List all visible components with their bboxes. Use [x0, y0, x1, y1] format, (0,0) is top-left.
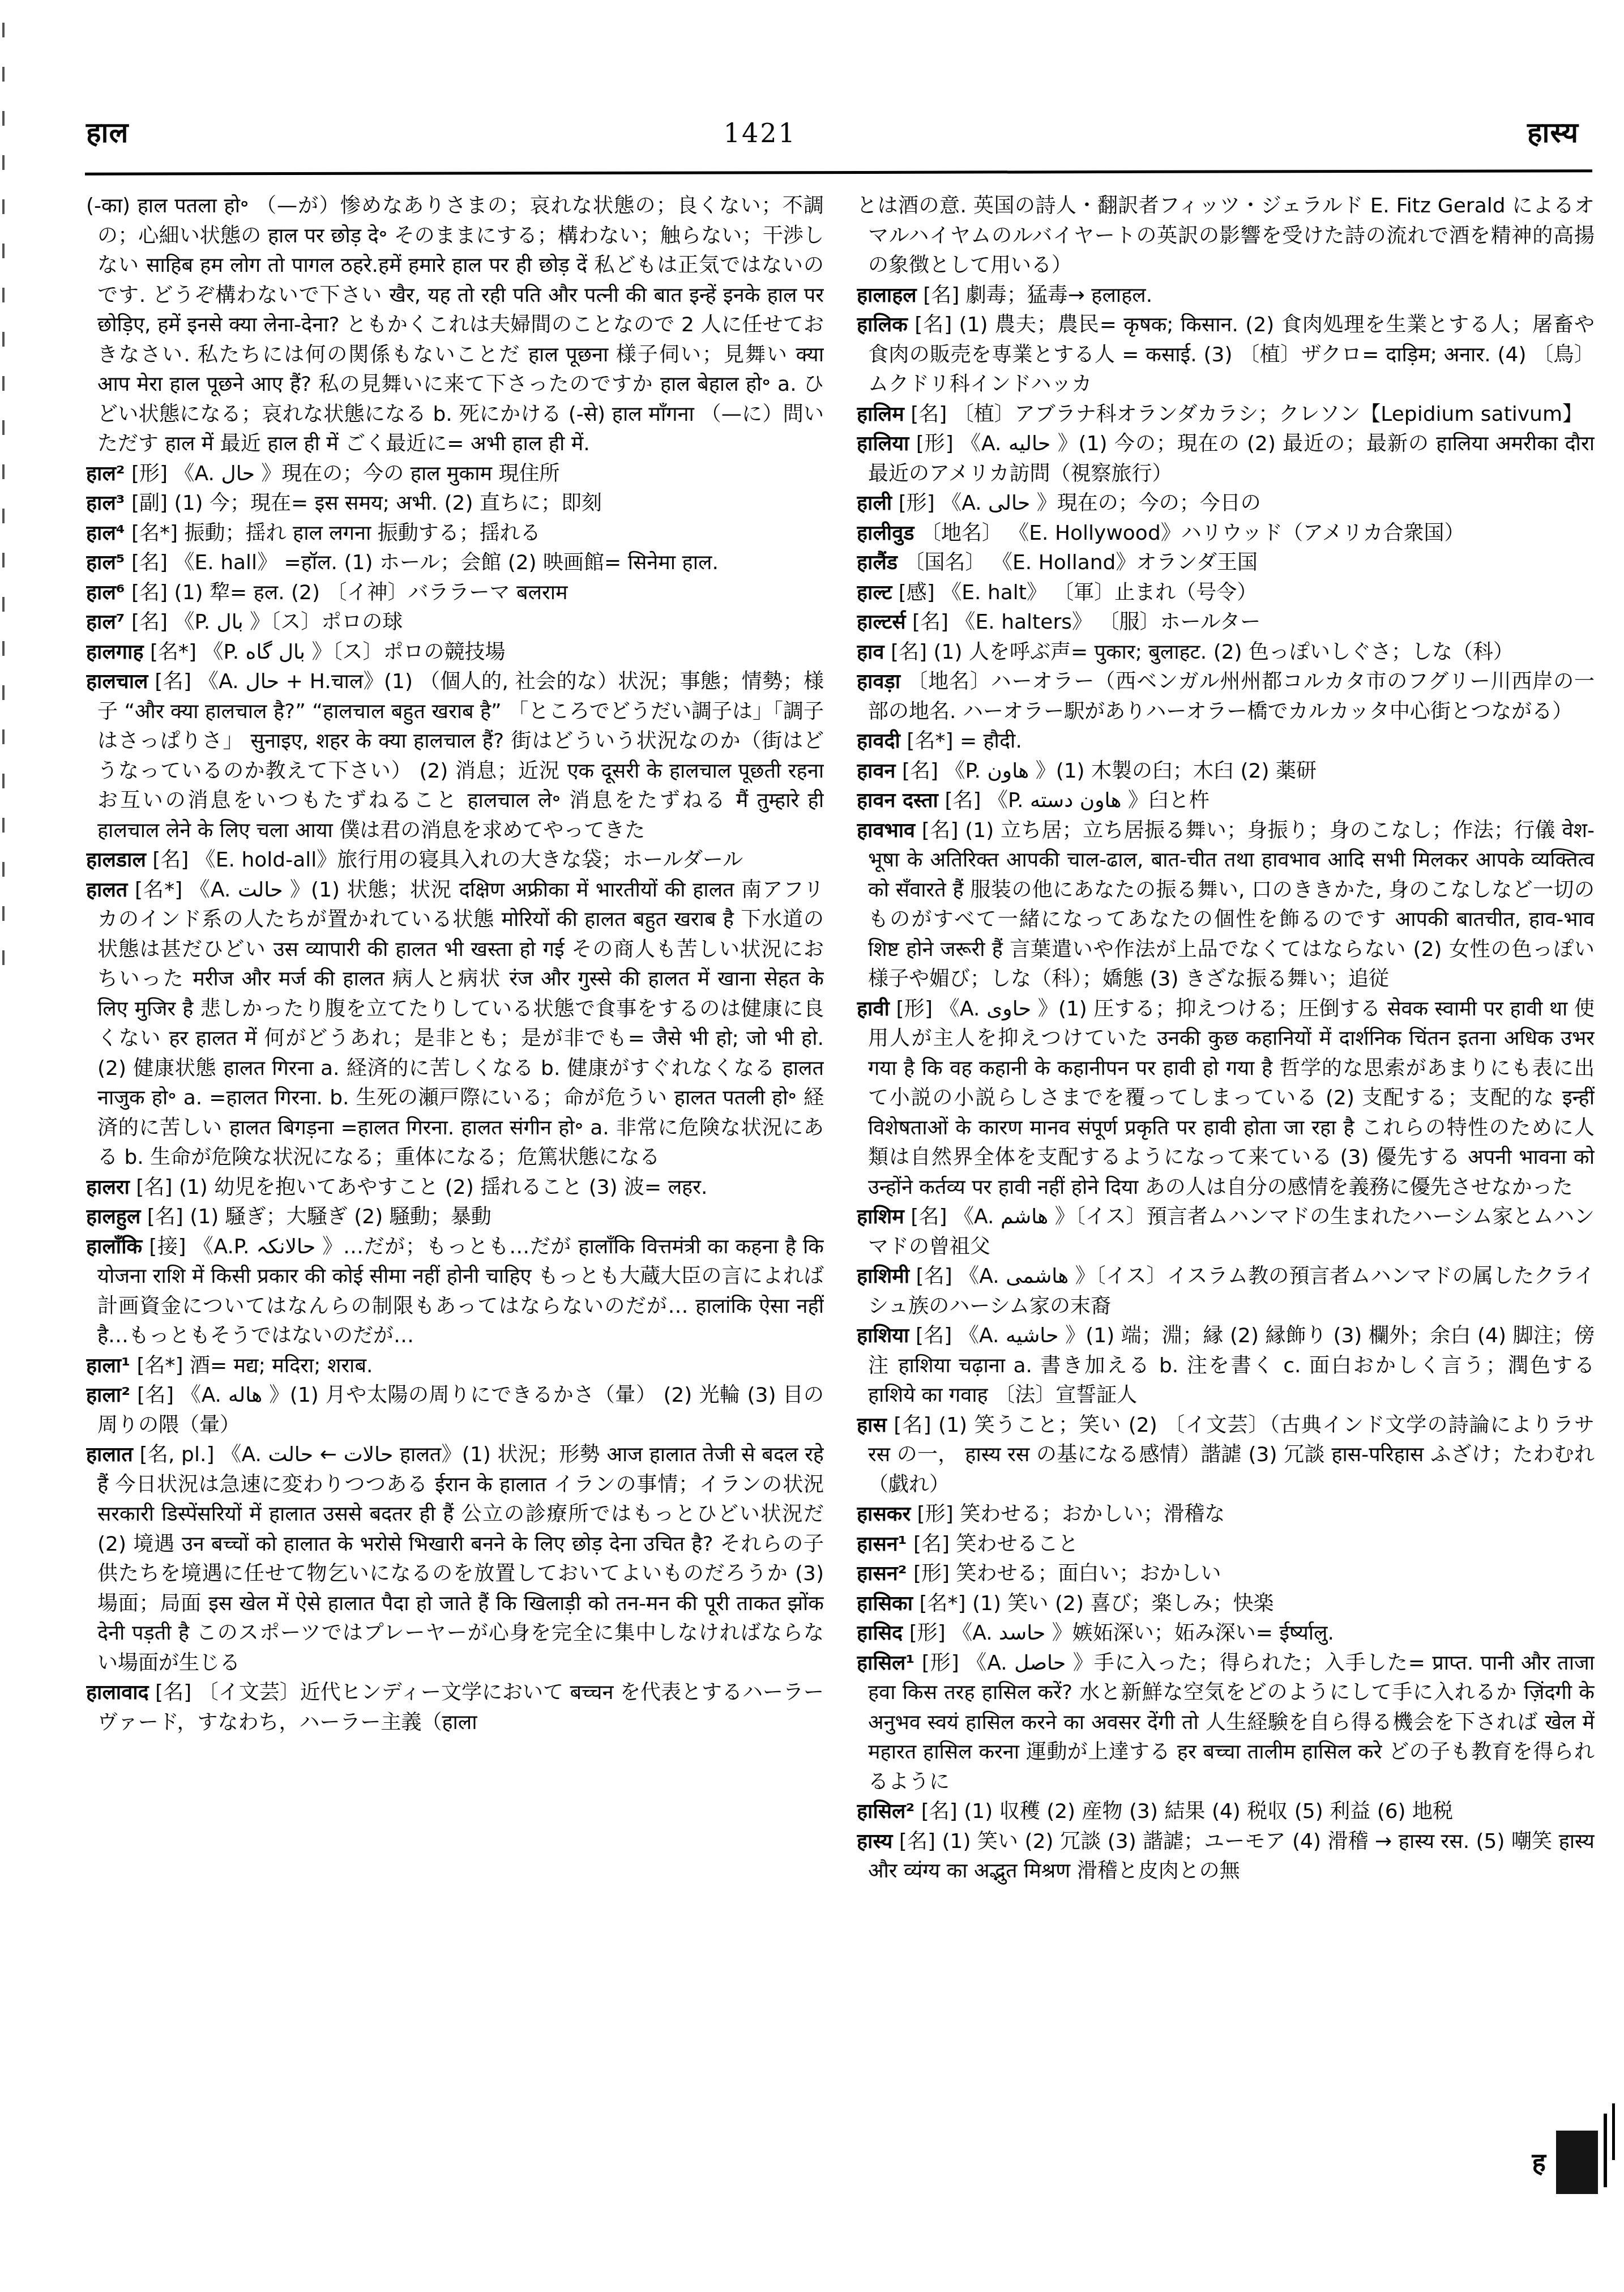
headword: हाशिमी: [857, 1265, 909, 1288]
dictionary-entry: हाली [形] 《A. حالی 》現在の；今の；今日の: [857, 489, 1595, 519]
dictionary-entry: हाल⁵ [名] 《E. hall》 =हॉल. (1) ホール；会館 (2) …: [86, 548, 824, 578]
dictionary-entry: हावड़ा 〔地名〕ハーオラー（西ベンガル州州都コルカタ市のフグリー川西岸の一…: [857, 667, 1595, 727]
dictionary-entry: हाला¹ [名*] 酒= मद्य; मदिरा; शराब.: [86, 1351, 824, 1381]
dictionary-entry: हासकर [形] 笑わせる；おかしい；滑稽な: [857, 1500, 1595, 1530]
headword: हास: [857, 1414, 887, 1437]
headword: हालत: [86, 878, 127, 902]
headword: हाला¹: [86, 1354, 130, 1377]
dictionary-entry: हालरा [名] (1) 幼児を抱いてあやすこと (2) 揺れること (3) …: [86, 1173, 824, 1203]
guideword-left: हाल: [86, 112, 129, 151]
dictionary-entry: हाशिया [名] 《A. حاشيه 》(1) 端；淵；縁 (2) 縁飾り …: [857, 1321, 1595, 1411]
dictionary-entry: हास [名] (1) 笑うこと；笑い (2) 〔イ文芸〕（古典インド文学の詩論…: [857, 1411, 1595, 1500]
dictionary-entry: हासन² [形] 笑わせる；面白い；おかしい: [857, 1559, 1595, 1589]
dictionary-entry: हालिम [名] 〔植〕アブラナ科オランダカラシ；クレソン【Lepidium …: [857, 400, 1595, 430]
page-header: हाल 1421 हास्य: [86, 112, 1579, 151]
headword: हालिम: [857, 403, 904, 426]
dictionary-entry: हालडाल [名] 《E. hold-all》旅行用の寝具入れの大きな袋；ホー…: [86, 846, 824, 876]
headword: हाल⁵: [86, 551, 125, 574]
headword: हाशिया: [857, 1324, 909, 1347]
dictionary-entry: हाव [名] (1) 人を呼ぶ声= पुकार; बुलाहट. (2) 色っ…: [857, 638, 1595, 668]
dictionary-entry: हालावाद [名] 〔イ文芸〕近代ヒンディー文学において बच्चन を代表…: [86, 1678, 824, 1738]
dictionary-entry: हालत [名*] 《A. حالت 》(1) 状態；状況 दक्षिण अफ्…: [86, 876, 824, 1173]
dictionary-entry: हाल³ [副] (1) 今；現在= इस समय; अभी. (2) 直ちに；…: [86, 489, 824, 519]
headword: हावड़ा: [857, 670, 900, 693]
text-columns: (-का) हाल पतला हो॰ （—が）惨めなありさまの；哀れな状態の；良…: [86, 191, 1595, 2230]
dictionary-entry: हासिका [名*] (1) 笑い (2) 喜び；楽しみ；快楽: [857, 1589, 1595, 1619]
dictionary-page: हाल 1421 हास्य (-का) हाल पतला हो॰ （—が）惨め…: [0, 0, 1624, 2292]
dictionary-entry: हालैंड 〔国名〕 《E. Holland》オランダ王国: [857, 548, 1595, 578]
dictionary-entry: हासिल¹ [形] 《A. حاصل 》手に入った；得られた；入手した= प्…: [857, 1649, 1595, 1798]
headword: हावी: [857, 997, 890, 1021]
headword: हावन दस्ता: [857, 789, 938, 812]
thumb-index-letter: ह: [1532, 2149, 1546, 2175]
headword: हालरा: [86, 1176, 130, 1199]
headword: हास्य: [857, 1830, 892, 1853]
headword: हावन: [857, 759, 895, 783]
dictionary-entry: हासन¹ [名] 笑わせること: [857, 1530, 1595, 1560]
headword: हाल्टर्स: [857, 611, 906, 634]
headword: हाल्ट: [857, 581, 892, 604]
continuation-text: (-का) हाल पतला हो॰ （—が）惨めなありさまの；哀れな状態の；良…: [86, 191, 824, 459]
dictionary-entry: हालिक [名] (1) 農夫；農民= कृषक; किसान. (2) 食肉…: [857, 310, 1595, 400]
headword: हालाँकि: [86, 1235, 142, 1258]
headword: हासिल¹: [857, 1651, 914, 1675]
headword: हाशिम: [857, 1205, 904, 1228]
dictionary-entry: हास्य [名] (1) 笑い (2) 冗談 (3) 諧謔；ユーモア (4) …: [857, 1827, 1595, 1886]
headword: हालचाल: [86, 670, 148, 693]
dictionary-entry: हाल² [形] 《A. حال 》現在の；今の हाल मुकाम 現住所: [86, 459, 824, 489]
headword: हाल³: [86, 492, 125, 515]
dictionary-entry: हालीवुड 〔地名〕 《E. Hollywood》ハリウッド（アメリカ合衆国…: [857, 519, 1595, 549]
headword: हालडाल: [86, 848, 146, 872]
headword: हासन²: [857, 1562, 907, 1585]
headword: हासकर: [857, 1503, 911, 1526]
scan-edge-artifact: [2, 23, 5, 985]
dictionary-entry: हालाँकि [接] 《A.P. حالانکہ 》…だが；もっとも…だが ह…: [86, 1232, 824, 1351]
dictionary-entry: हावभाव [名] (1) 立ち居；立ち居振る舞い；身振り；身のこなし；作法；…: [857, 816, 1595, 995]
dictionary-entry: हालचाल [名] 《A. حال + H.चाल》(1) （個人的, 社会的…: [86, 667, 824, 846]
headword: हालीवुड: [857, 522, 914, 545]
dictionary-entry: हावन [名] 《P. هاون 》(1) 木製の臼；木臼 (2) 薬研: [857, 757, 1595, 787]
headword: हासिका: [857, 1592, 913, 1615]
page-number: 1421: [724, 118, 797, 148]
headword: हालहुल: [86, 1205, 140, 1228]
dictionary-entry: हाल⁷ [名] 《P. بال 》〔ス〕ポロの球: [86, 608, 824, 638]
header-rule: [85, 169, 1592, 176]
headword: हावभाव: [857, 819, 915, 842]
dictionary-entry: हासिल² [名] (1) 収穫 (2) 産物 (3) 結果 (4) 税収 (…: [857, 1797, 1595, 1827]
right-column: とは酒の意. 英国の詩人・翻訳者フィッツ・ジェラルド E. Fitz Geral…: [857, 191, 1595, 2230]
thumb-index: ह: [1532, 2131, 1598, 2194]
headword: हालगाह: [86, 641, 144, 664]
headword: हाव: [857, 641, 884, 664]
headword: हालात: [86, 1443, 133, 1466]
headword: हाल²: [86, 462, 125, 485]
dictionary-entry: हालगाह [名*] 《P. بال گاه 》〔ス〕ポロの競技場: [86, 638, 824, 668]
headword: हालाहल: [857, 284, 917, 307]
headword: हासिल²: [857, 1800, 914, 1823]
dictionary-entry: हाला² [名] 《A. هاله 》(1) 月や太陽の周りにできるかさ（暈）…: [86, 1381, 824, 1440]
headword: हासन¹: [857, 1533, 907, 1556]
headword: हालिक: [857, 313, 908, 336]
headword: हाला²: [86, 1384, 130, 1407]
headword: हावदी: [857, 729, 900, 753]
guideword-right: हास्य: [1527, 112, 1579, 151]
headword: हाल⁶: [86, 581, 125, 604]
headword: हालिया: [857, 432, 909, 455]
dictionary-entry: हालिया [形] 《A. حاليه 》(1) 今の；現在の (2) 最近の…: [857, 429, 1595, 489]
dictionary-entry: हावदी [名*] = हौदी.: [857, 727, 1595, 757]
dictionary-entry: हावन दस्ता [名] 《P. هاون دسته 》臼と杵: [857, 786, 1595, 816]
headword: हासिद: [857, 1621, 903, 1645]
dictionary-entry: हालाहल [名] 劇毒；猛毒→ हलाहल.: [857, 281, 1595, 311]
left-column: (-का) हाल पतला हो॰ （—が）惨めなありさまの；哀れな状態の；良…: [86, 191, 824, 2230]
headword: हाल⁴: [86, 522, 125, 545]
headword: हालैंड: [857, 551, 898, 574]
dictionary-entry: हासिद [形] 《A. حاسد 》嫉妬深い；妬み深い= ईर्ष्यालु…: [857, 1619, 1595, 1649]
dictionary-entry: हाल्टर्स [名] 《E. halters》 〔服〕ホールター: [857, 608, 1595, 638]
headword: हाली: [857, 492, 892, 515]
dictionary-entry: हावी [形] 《A. حاوی 》(1) 圧する；抑えつける；圧倒する से…: [857, 995, 1595, 1203]
continuation-text: とは酒の意. 英国の詩人・翻訳者フィッツ・ジェラルド E. Fitz Geral…: [857, 191, 1595, 281]
dictionary-entry: हाल्ट [感] 《E. halt》 〔軍〕止まれ（号令）: [857, 578, 1595, 608]
headword: हालावाद: [86, 1681, 149, 1704]
thumb-index-block: [1556, 2131, 1598, 2194]
dictionary-entry: हाल⁴ [名*] 振動；揺れ हाल लगना 振動する；揺れる: [86, 519, 824, 549]
dictionary-entry: हाशिम [名] 《A. هاشم 》〔イス〕預言者ムハンマドの生まれたハーシ…: [857, 1202, 1595, 1262]
dictionary-entry: हाल⁶ [名] (1) 犂= हल. (2) 〔イ神〕バララーマ बलराम: [86, 578, 824, 608]
dictionary-entry: हाशिमी [名] 《A. هاشمی 》〔イス〕イスラム教の預言者ムハンマド…: [857, 1262, 1595, 1321]
headword: हाल⁷: [86, 611, 125, 634]
dictionary-entry: हालहुल [名] (1) 騒ぎ；大騒ぎ (2) 騒動；暴動: [86, 1202, 824, 1232]
dictionary-entry: हालात [名, pl.] 《A. حالات ← حالت हालत》(1)…: [86, 1440, 824, 1678]
